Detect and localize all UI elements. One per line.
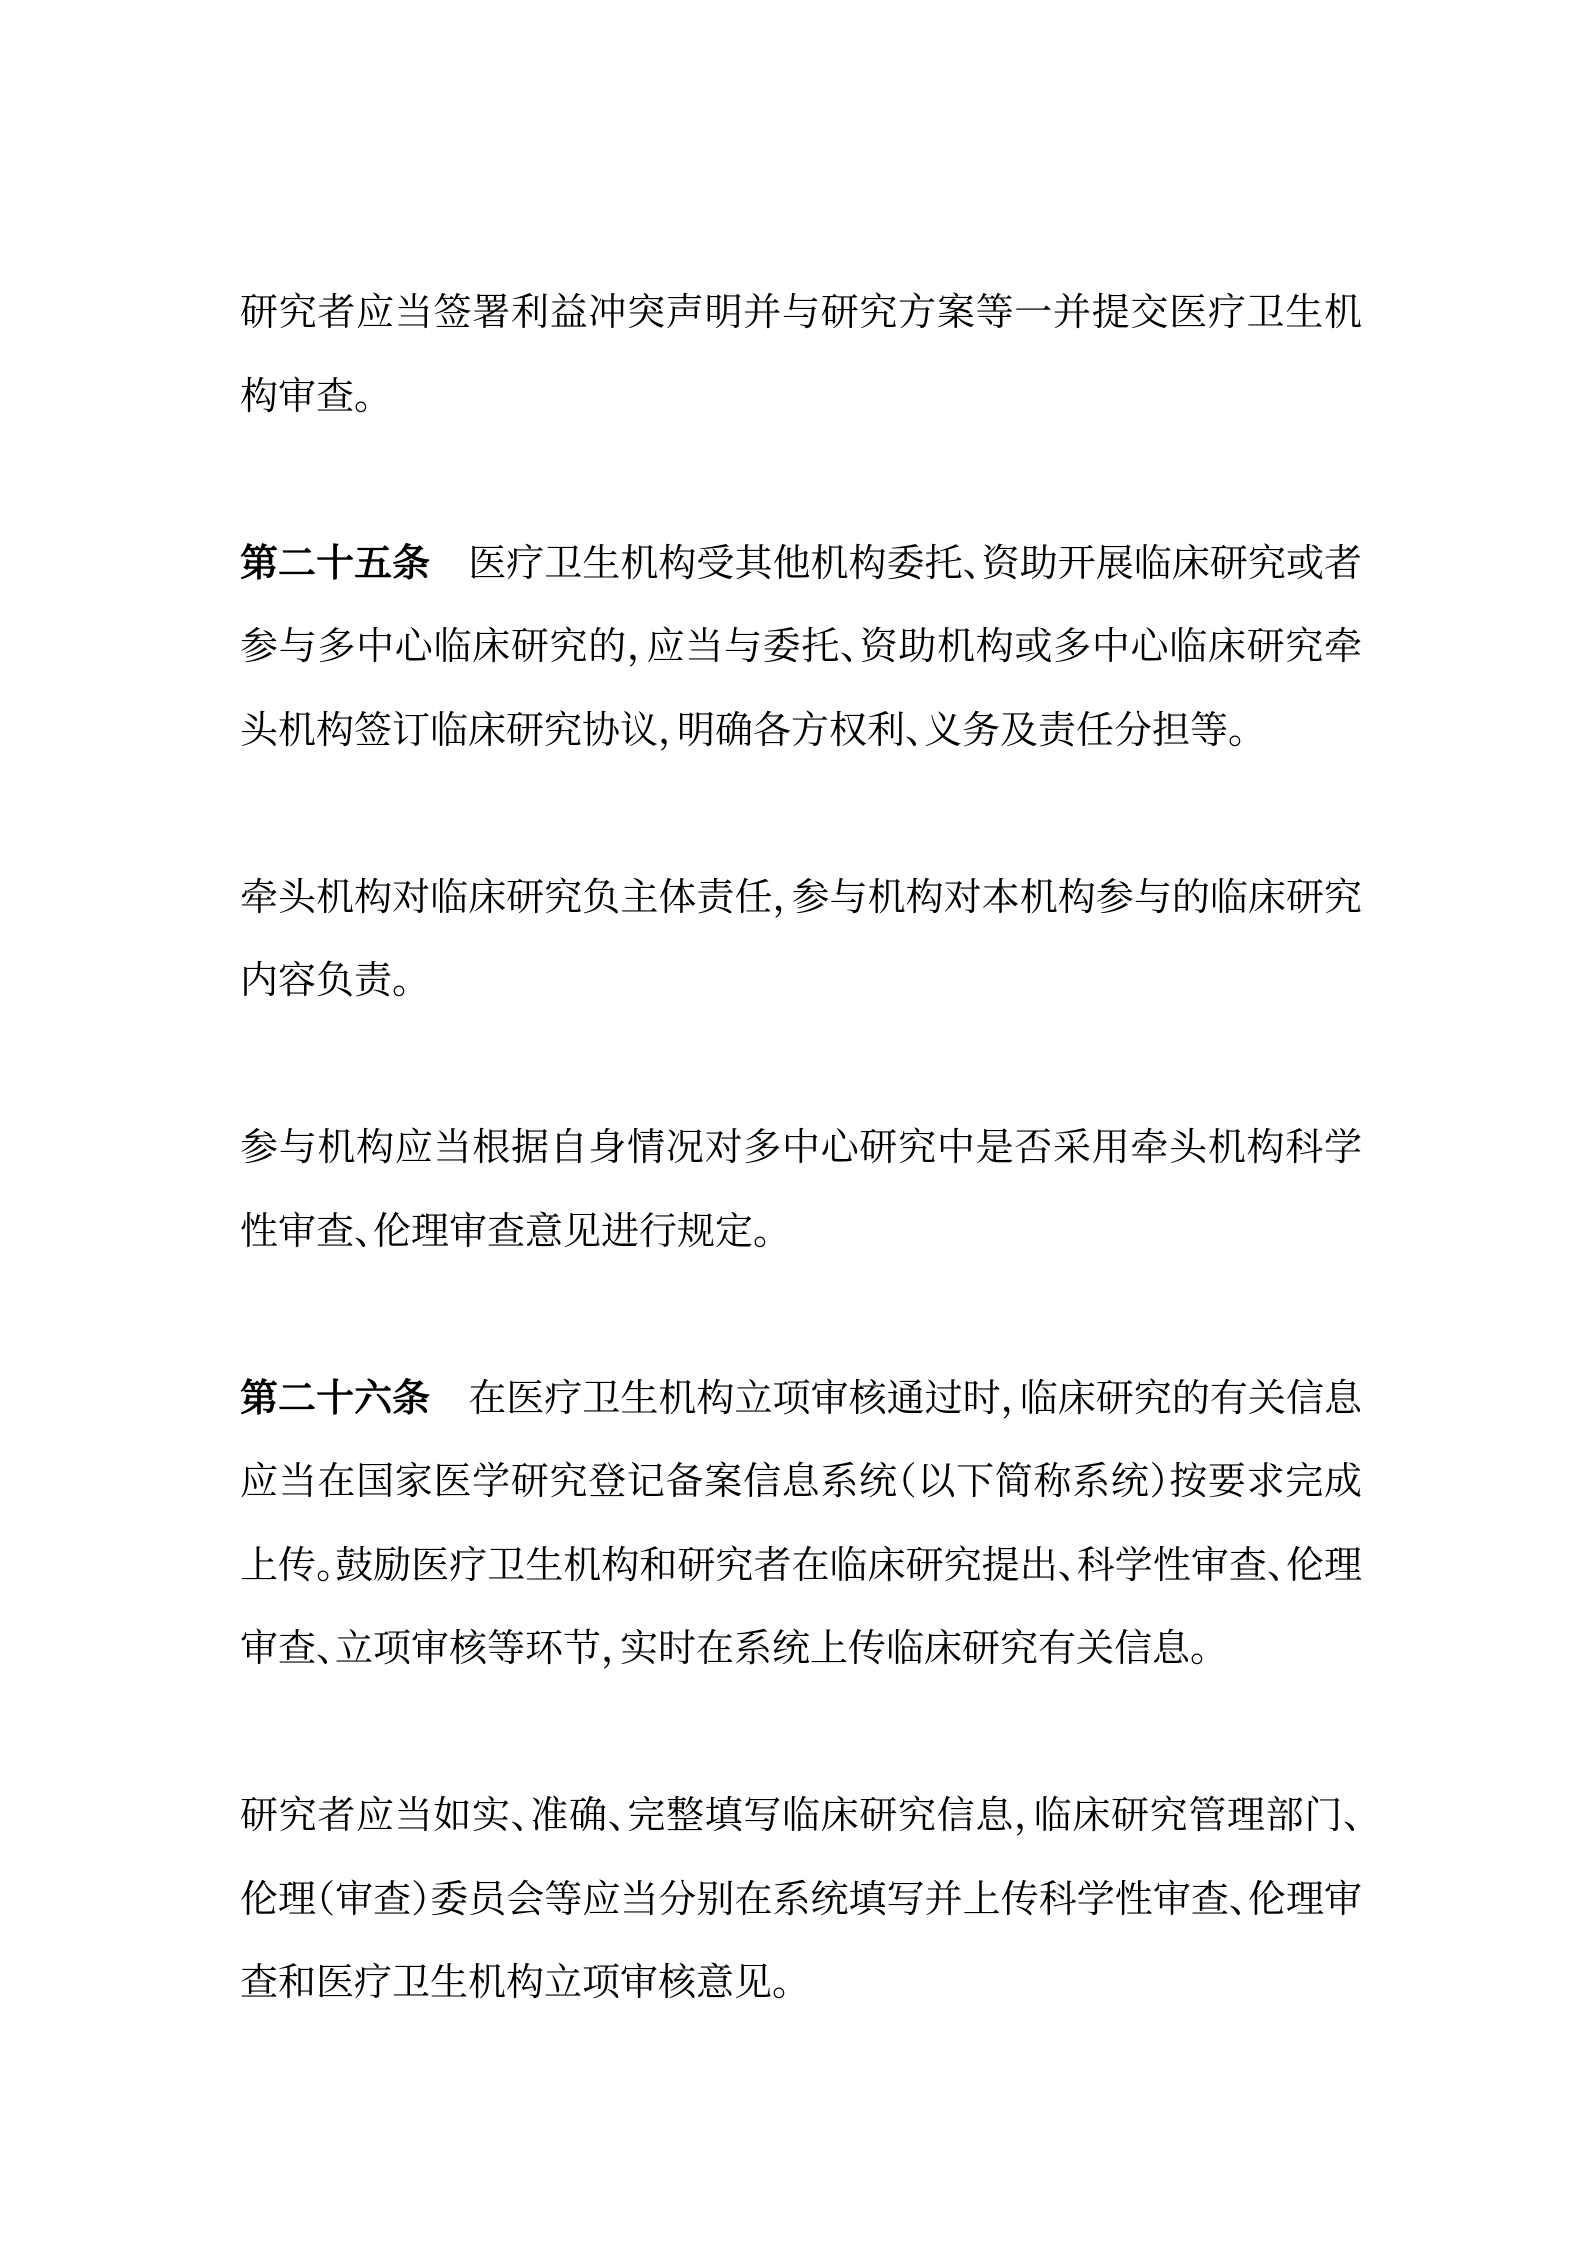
article-26-number: 第二十六条	[240, 1378, 468, 1420]
document-page: 研究者应当签署利益冲突声明并与研究方案等一并提交医疗卫生机构审查。 第二十五条 …	[0, 0, 1587, 2245]
article-25-number: 第二十五条	[240, 543, 468, 585]
paragraph-investigator-coi: 研究者应当签署利益冲突声明并与研究方案等一并提交医疗卫生机构审查。	[240, 272, 1362, 439]
paragraph-text: 牵头机构对临床研究负主体责任，参与机构对本机构参与的临床研究内容负责。	[240, 877, 1362, 1003]
paragraph-system-information-filing: 研究者应当如实、准确、完整填写临床研究信息，临床研究管理部门、伦理（审查）委员会…	[240, 1775, 1362, 2026]
paragraph-text: 研究者应当签署利益冲突声明并与研究方案等一并提交医疗卫生机构审查。	[240, 292, 1362, 418]
paragraph-text: 参与机构应当根据自身情况对多中心研究中是否采用牵头机构科学性审查、伦理审查意见进…	[240, 1127, 1362, 1253]
paragraph-text: 在医疗卫生机构立项审核通过时，临床研究的有关信息应当在国家医学研究登记备案信息系…	[240, 1378, 1362, 1671]
paragraph-participating-institution-review: 参与机构应当根据自身情况对多中心研究中是否采用牵头机构科学性审查、伦理审查意见进…	[240, 1107, 1362, 1274]
paragraph-article-26: 第二十六条 在医疗卫生机构立项审核通过时，临床研究的有关信息应当在国家医学研究登…	[240, 1358, 1362, 1692]
paragraph-lead-institution-responsibility: 牵头机构对临床研究负主体责任，参与机构对本机构参与的临床研究内容负责。	[240, 857, 1362, 1024]
paragraph-text: 研究者应当如实、准确、完整填写临床研究信息，临床研究管理部门、伦理（审查）委员会…	[240, 1795, 1362, 2004]
paragraph-article-25: 第二十五条 医疗卫生机构受其他机构委托、资助开展临床研究或者参与多中心临床研究的…	[240, 523, 1362, 774]
